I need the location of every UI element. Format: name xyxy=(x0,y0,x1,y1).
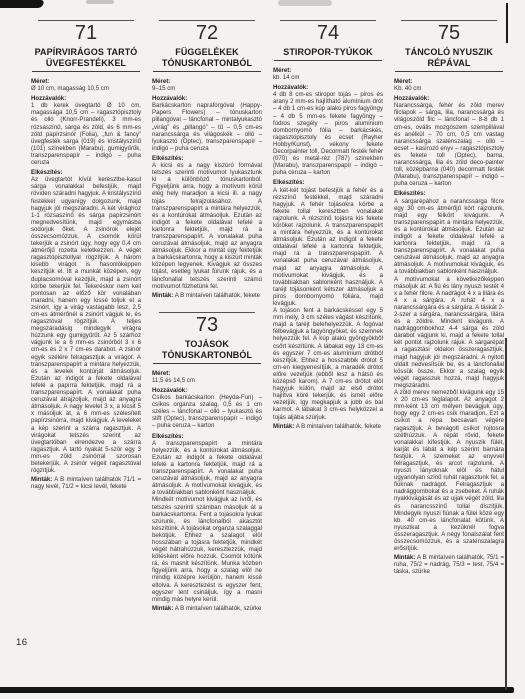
article-body: Méret: kb. 14 cm Hozzávalók: 4 db 8 cm-e… xyxy=(273,67,383,430)
article-title: PAPÍRVIRÁGOS TARTÓ ÜVEGFESTÉKKEL xyxy=(31,47,141,69)
mintak-line: Minták: A B mintaíven találhatók, fekete xyxy=(152,292,262,299)
elkeszites-paragraph: A transzparenspapírt a mintára helyezzük… xyxy=(152,440,262,497)
elkeszites-paragraph: Mindkét motívumot kivágjuk az ívről, és … xyxy=(152,496,262,602)
hozzavalok-label: Hozzávalók: xyxy=(152,387,262,394)
article-number: 74 xyxy=(273,22,383,45)
mintak-line: Minták: A B mintaíven találhatók, fekete xyxy=(273,423,383,430)
page-bottom-bar xyxy=(0,687,514,693)
hozzavalok-label: Hozzávalók: xyxy=(152,95,262,102)
hozzavalok-label: Hozzávalók: xyxy=(394,95,504,102)
elkeszites-label: Elkészítés: xyxy=(273,179,383,186)
mintak-label: Minták: xyxy=(152,605,173,612)
article-title: TÁNCOLÓ NYUSZIK RÉPÁVAL xyxy=(394,47,504,69)
article-body: Méret: 11,5 és 14,5 cm Hozzávalók: Csíko… xyxy=(152,370,262,612)
divider xyxy=(280,20,376,21)
article-title: TOJÁSOK TÓNUSKARTONBÓL xyxy=(152,339,262,361)
article-body: Méret: Kb. 40 cm Hozzávalók: Narancssárg… xyxy=(394,78,504,575)
elkeszites-label: Elkészítés: xyxy=(31,169,141,176)
article-columns: 71 PAPÍRVIRÁGOS TARTÓ ÜVEGFESTÉKKEL Mére… xyxy=(31,20,504,612)
mintak-text: A B mintaíven találhatók, fekete xyxy=(175,292,260,299)
divider xyxy=(401,20,497,21)
divider xyxy=(395,71,503,72)
column-1: 71 PAPÍRVIRÁGOS TARTÓ ÜVEGFESTÉKKEL Mére… xyxy=(31,20,141,612)
hozzavalok-text: 1 db kerek üvegtartó Ø 10 cm, magassága … xyxy=(31,102,141,166)
meret-value: kb. 14 cm xyxy=(273,74,383,81)
article-72: 72 FÜGGELÉKEK TÓNUSKARTONBÓL Méret: 9–15… xyxy=(152,20,262,299)
elkeszites-label: Elkészítés: xyxy=(152,155,262,162)
mintak-label: Minták: xyxy=(152,292,173,299)
article-number: 73 xyxy=(152,314,262,337)
article-74: 74 STIROPOR-TYÚKOK Méret: kb. 14 cm Hozz… xyxy=(273,20,383,430)
mintak-line: Minták: A B mintaíven találhatók, szürke xyxy=(152,605,262,612)
column-4: 75 TÁNCOLÓ NYUSZIK RÉPÁVAL Méret: Kb. 40… xyxy=(394,20,504,612)
article-number: 72 xyxy=(152,22,262,45)
mintak-label: Minták: xyxy=(31,476,52,483)
mintak-text: A B mintaíven találhatók, fekete xyxy=(296,423,381,430)
meret-label: Méret: xyxy=(394,78,504,85)
article-title: FÜGGELÉKEK TÓNUSKARTONBÓL xyxy=(152,47,262,69)
scan-artifact-smudge xyxy=(86,0,114,4)
hozzavalok-text: Barkácskarton napraforgóval (Happy-Paper… xyxy=(152,102,262,152)
elkeszites-paragraph: A kicsi és a nagy kiszúró formával tetsz… xyxy=(152,162,262,290)
divider xyxy=(153,71,261,72)
divider xyxy=(274,60,382,61)
divider xyxy=(153,363,261,364)
column-3: 74 STIROPOR-TYÚKOK Méret: kb. 14 cm Hozz… xyxy=(273,20,383,612)
article-73: 73 TOJÁSOK TÓNUSKARTONBÓL Méret: 11,5 és… xyxy=(152,312,262,612)
article-title: STIROPOR-TYÚKOK xyxy=(273,47,383,58)
meret-label: Méret: xyxy=(31,78,141,85)
divider xyxy=(32,71,140,72)
scanned-page: 71 PAPÍRVIRÁGOS TARTÓ ÜVEGFESTÉKKEL Mére… xyxy=(0,0,525,699)
meret-value: Ø 10 cm, magasság 10,5 cm xyxy=(31,85,141,92)
meret-label: Méret: xyxy=(152,370,262,377)
page-edge-line-top xyxy=(506,3,508,43)
meret-label: Méret: xyxy=(273,67,383,74)
mintak-text: A B mintaíven találhatók, szürke xyxy=(175,605,262,612)
elkeszites-paragraph: A motívumokat a következőképpen másoljuk… xyxy=(394,276,504,390)
divider xyxy=(159,20,255,21)
article-71: 71 PAPÍRVIRÁGOS TARTÓ ÜVEGFESTÉKKEL Mére… xyxy=(31,20,141,490)
elkeszites-label: Elkészítés: xyxy=(152,433,262,440)
scan-artifact-smudge xyxy=(278,0,332,6)
mintak-label: Minták: xyxy=(394,554,415,561)
meret-label: Méret: xyxy=(152,78,262,85)
mintak-label: Minták: xyxy=(273,423,294,430)
elkeszites-paragraph: A tojáson fent a barkácskéssel egy 5 mm … xyxy=(273,307,383,421)
article-body: Méret: Ø 10 cm, magasság 10,5 cm Hozzáva… xyxy=(31,78,141,490)
elkeszites-label: Elkészítés: xyxy=(394,190,504,197)
column-2: 72 FÜGGELÉKEK TÓNUSKARTONBÓL Méret: 9–15… xyxy=(152,20,262,612)
divider xyxy=(159,312,255,313)
page-number: 16 xyxy=(16,637,28,648)
hozzavalok-label: Hozzávalók: xyxy=(31,95,141,102)
hozzavalok-text: Csíkos barkácskarton (Heyda-Fun) – csíko… xyxy=(152,394,262,429)
article-75: 75 TÁNCOLÓ NYUSZIK RÉPÁVAL Méret: Kb. 40… xyxy=(394,20,504,575)
hozzavalok-text: Narancssárga, fehér és zöld merev filcla… xyxy=(394,102,504,187)
article-number: 75 xyxy=(394,22,504,45)
page-edge-line-bottom xyxy=(505,338,507,690)
mintak-line: Minták: A B mintaíven találhatók 71/1 = … xyxy=(31,476,141,490)
meret-value: Kb. 40 cm xyxy=(394,85,504,92)
divider xyxy=(38,20,134,21)
hozzavalok-text: 4 db 8 cm-es stiropor tojás – piros és a… xyxy=(273,91,383,176)
article-body: Méret: 9–15 cm Hozzávalók: Barkácskarton… xyxy=(152,78,262,299)
article-number: 71 xyxy=(31,22,141,45)
scan-artifact-corner xyxy=(0,0,44,8)
elkeszites-paragraph: Az üvegtartót kívül keresztbe-kasul sárg… xyxy=(31,176,141,474)
meret-value: 11,5 és 14,5 cm xyxy=(152,377,262,384)
elkeszites-paragraph: A két-két tojást befestjük a fehér és a … xyxy=(273,187,383,308)
meret-value: 9–15 cm xyxy=(152,85,262,92)
elkeszites-paragraph: A zöld merev nemezből kivágunk egy 15 x … xyxy=(394,389,504,552)
elkeszites-paragraph: A sárgarépához a narancssárga filcre egy… xyxy=(394,198,504,276)
mintak-line: Minták: A B mintaíven találhatók, 75/1 =… xyxy=(394,554,504,575)
hozzavalok-label: Hozzávalók: xyxy=(273,84,383,91)
